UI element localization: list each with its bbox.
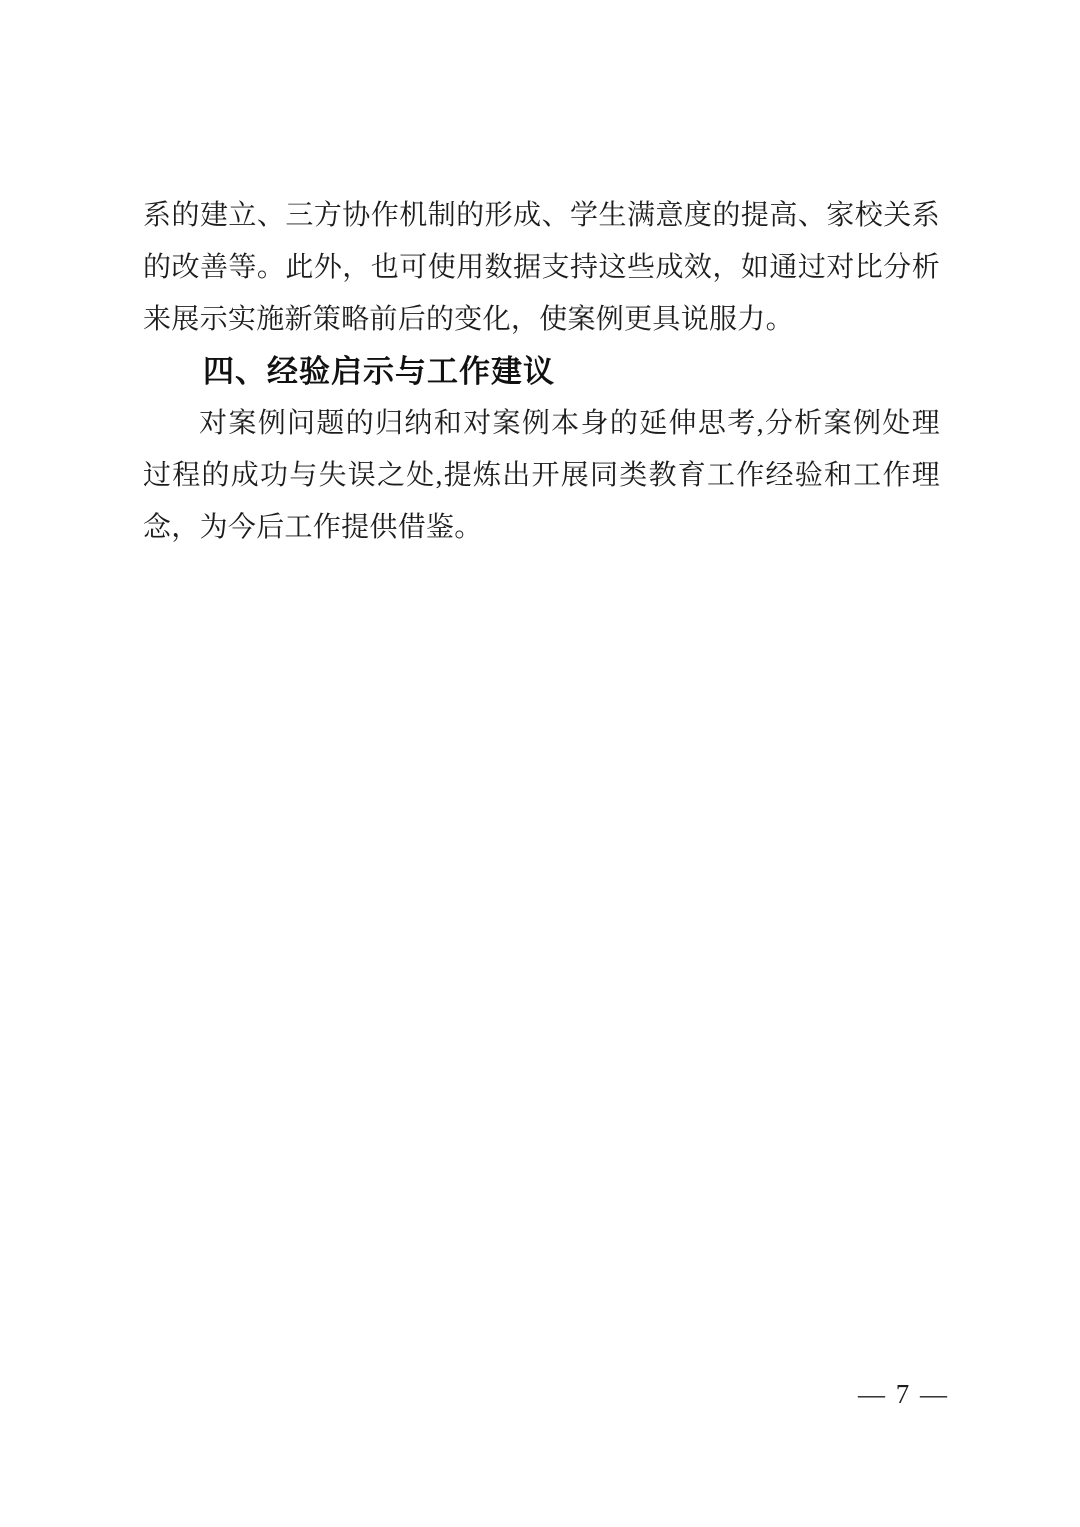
section-heading: 四、经验启示与工作建议	[143, 346, 940, 398]
paragraph-body: 对案例问题的归纳和对案例本身的延伸思考,分析案例处理 过程的成功与失误之处,提炼…	[143, 398, 940, 554]
body-line: 对案例问题的归纳和对案例本身的延伸思考,分析案例处理	[143, 398, 940, 450]
body-line: 系的建立、三方协作机制的形成、学生满意度的提高、家校关系	[143, 190, 940, 242]
body-line: 念，为今后工作提供借鉴。	[143, 502, 940, 554]
body-line: 的改善等。此外，也可使用数据支持这些成效，如通过对比分析	[143, 242, 940, 294]
paragraph-continuation: 系的建立、三方协作机制的形成、学生满意度的提高、家校关系 的改善等。此外，也可使…	[143, 190, 940, 346]
body-line: 来展示实施新策略前后的变化，使案例更具说服力。	[143, 294, 940, 346]
text-block: 系的建立、三方协作机制的形成、学生满意度的提高、家校关系 的改善等。此外，也可使…	[143, 190, 940, 554]
page-number: — 7 —	[858, 1378, 949, 1410]
body-line: 过程的成功与失误之处,提炼出开展同类教育工作经验和工作理	[143, 450, 940, 502]
document-page: 系的建立、三方协作机制的形成、学生满意度的提高、家校关系 的改善等。此外，也可使…	[0, 0, 1080, 1527]
